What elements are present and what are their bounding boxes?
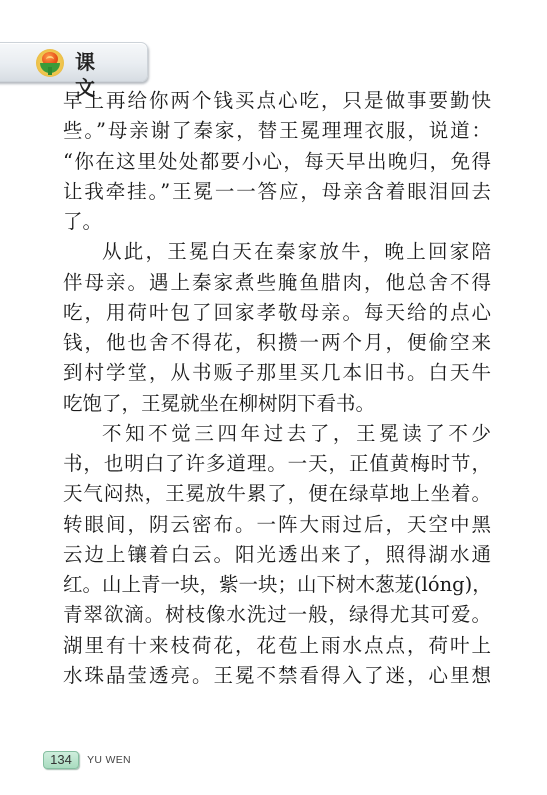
text-line: 转眼间，阴云密布。一阵大雨过后，天空中黑 xyxy=(63,510,491,540)
text-line: 到村学堂，从书贩子那里买几本旧书。白天牛 xyxy=(63,358,491,388)
page-footer: 134 YU WEN xyxy=(43,749,131,767)
text-line: 些。”母亲谢了秦家，替王冕理理衣服，说道： xyxy=(63,116,491,146)
text-line: 伴母亲。遇上秦家煮些腌鱼腊肉，他总舍不得 xyxy=(63,268,491,298)
text-line: 让我牵挂。”王冕一一答应，母亲含着眼泪回去 xyxy=(63,177,491,207)
section-header-tab: 课 文 xyxy=(0,42,148,82)
book-name: YU WEN xyxy=(87,754,131,766)
text-line: “你在这里处处都要小心，每天早出晚归，免得 xyxy=(63,147,491,177)
text-line: 青翠欲滴。树枝像水洗过一般，绿得尤其可爱。 xyxy=(63,600,491,630)
text-line: 湖里有十来枝荷花，花苞上雨水点点，荷叶上 xyxy=(63,631,491,661)
text-line: 天气闷热，王冕放牛累了，便在绿草地上坐着。 xyxy=(63,479,491,509)
text-line: 水珠晶莹透亮。王冕不禁看得入了迷，心里想 xyxy=(63,661,491,691)
text-line: 了。 xyxy=(63,207,491,237)
text-line: 吃饱了，王冕就坐在柳树阴下看书。 xyxy=(63,389,491,419)
lesson-text-body: 早上再给你两个钱买点心吃，只是做事要勤快 些。”母亲谢了秦家，替王冕理理衣服，说… xyxy=(63,86,491,691)
text-line-indented: 从此，王冕白天在秦家放牛，晚上回家陪 xyxy=(63,237,491,267)
text-line: 早上再给你两个钱买点心吃，只是做事要勤快 xyxy=(63,86,491,116)
stem-shape xyxy=(48,67,52,75)
text-line: 红。山上青一块，紫一块；山下树木葱茏(lóng)， xyxy=(63,570,491,600)
page-number-badge: 134 xyxy=(43,751,79,769)
text-line: 云边上镶着白云。阳光透出来了，照得湖水通 xyxy=(63,540,491,570)
sun-flower-logo-icon xyxy=(36,49,64,77)
text-line-indented: 不知不觉三四年过去了，王冕读了不少 xyxy=(63,419,491,449)
text-line: 吃，用荷叶包了回家孝敬母亲。每天给的点心 xyxy=(63,298,491,328)
text-line: 钱，他也舍不得花，积攒一两个月，便偷空来 xyxy=(63,328,491,358)
text-line: 书，也明白了许多道理。一天，正值黄梅时节， xyxy=(63,449,491,479)
